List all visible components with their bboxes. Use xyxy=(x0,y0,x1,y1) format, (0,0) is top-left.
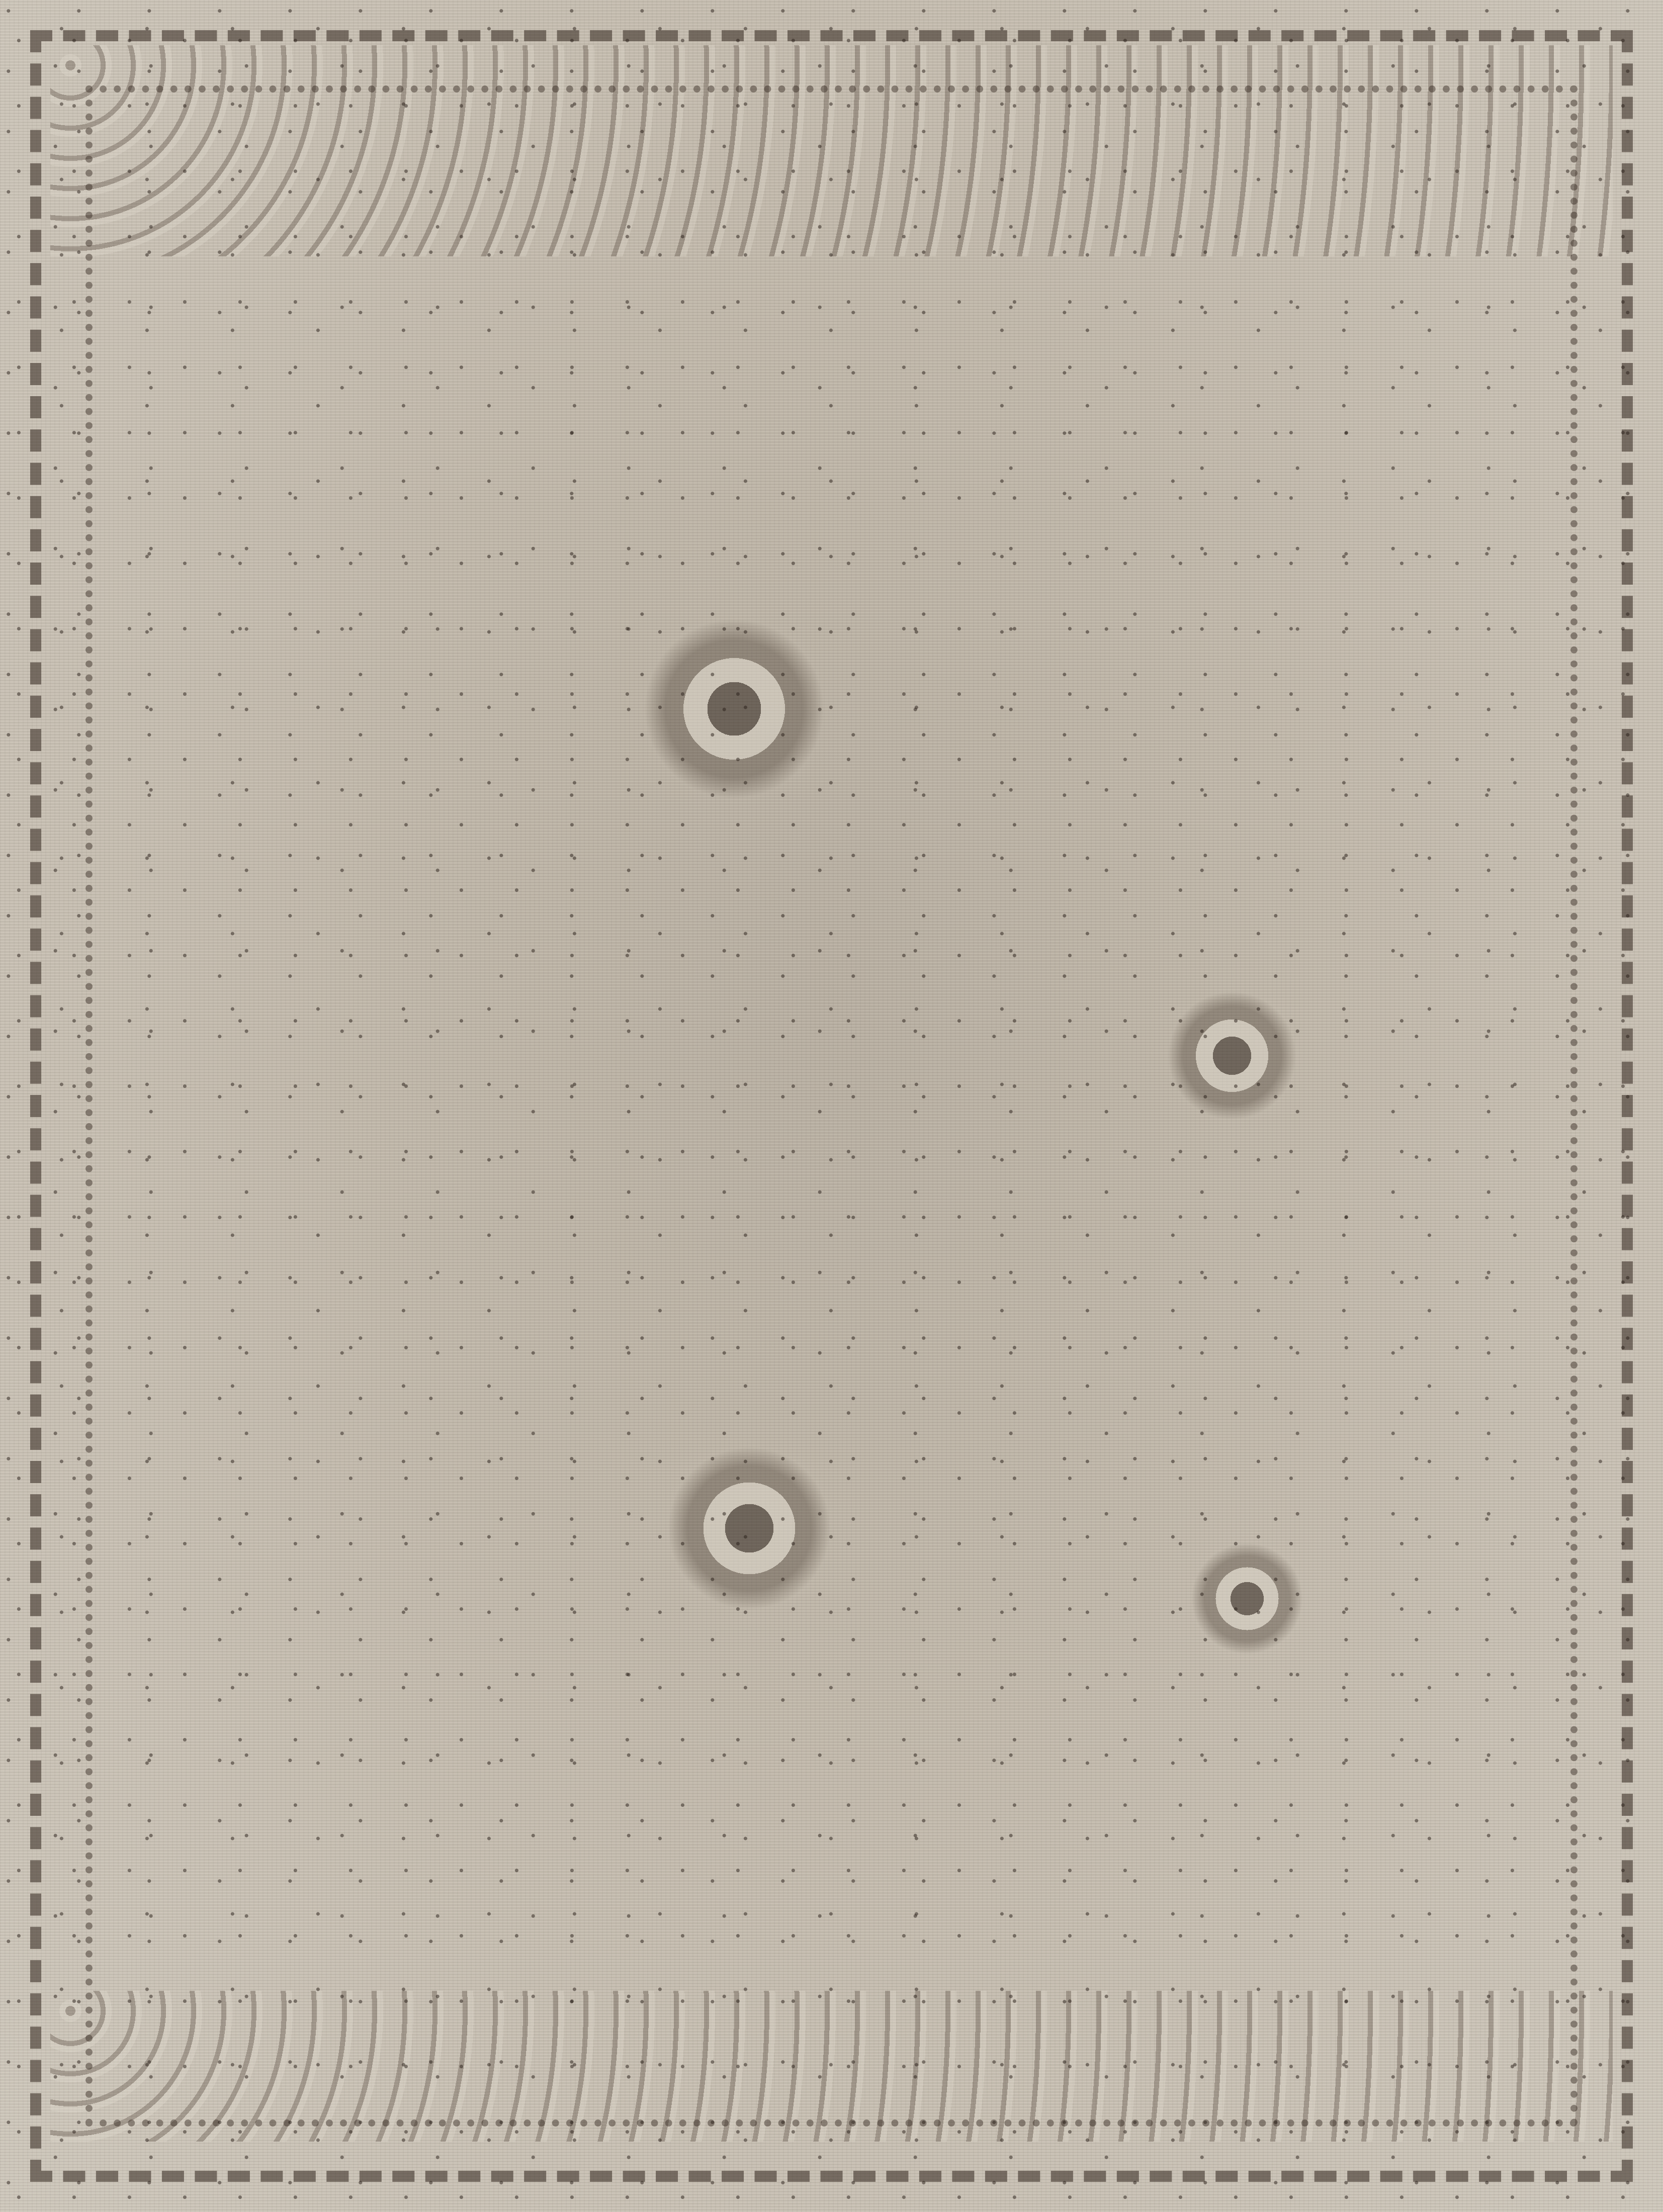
rug-photo xyxy=(0,0,1663,2212)
distressed-pattern xyxy=(0,0,1663,2212)
